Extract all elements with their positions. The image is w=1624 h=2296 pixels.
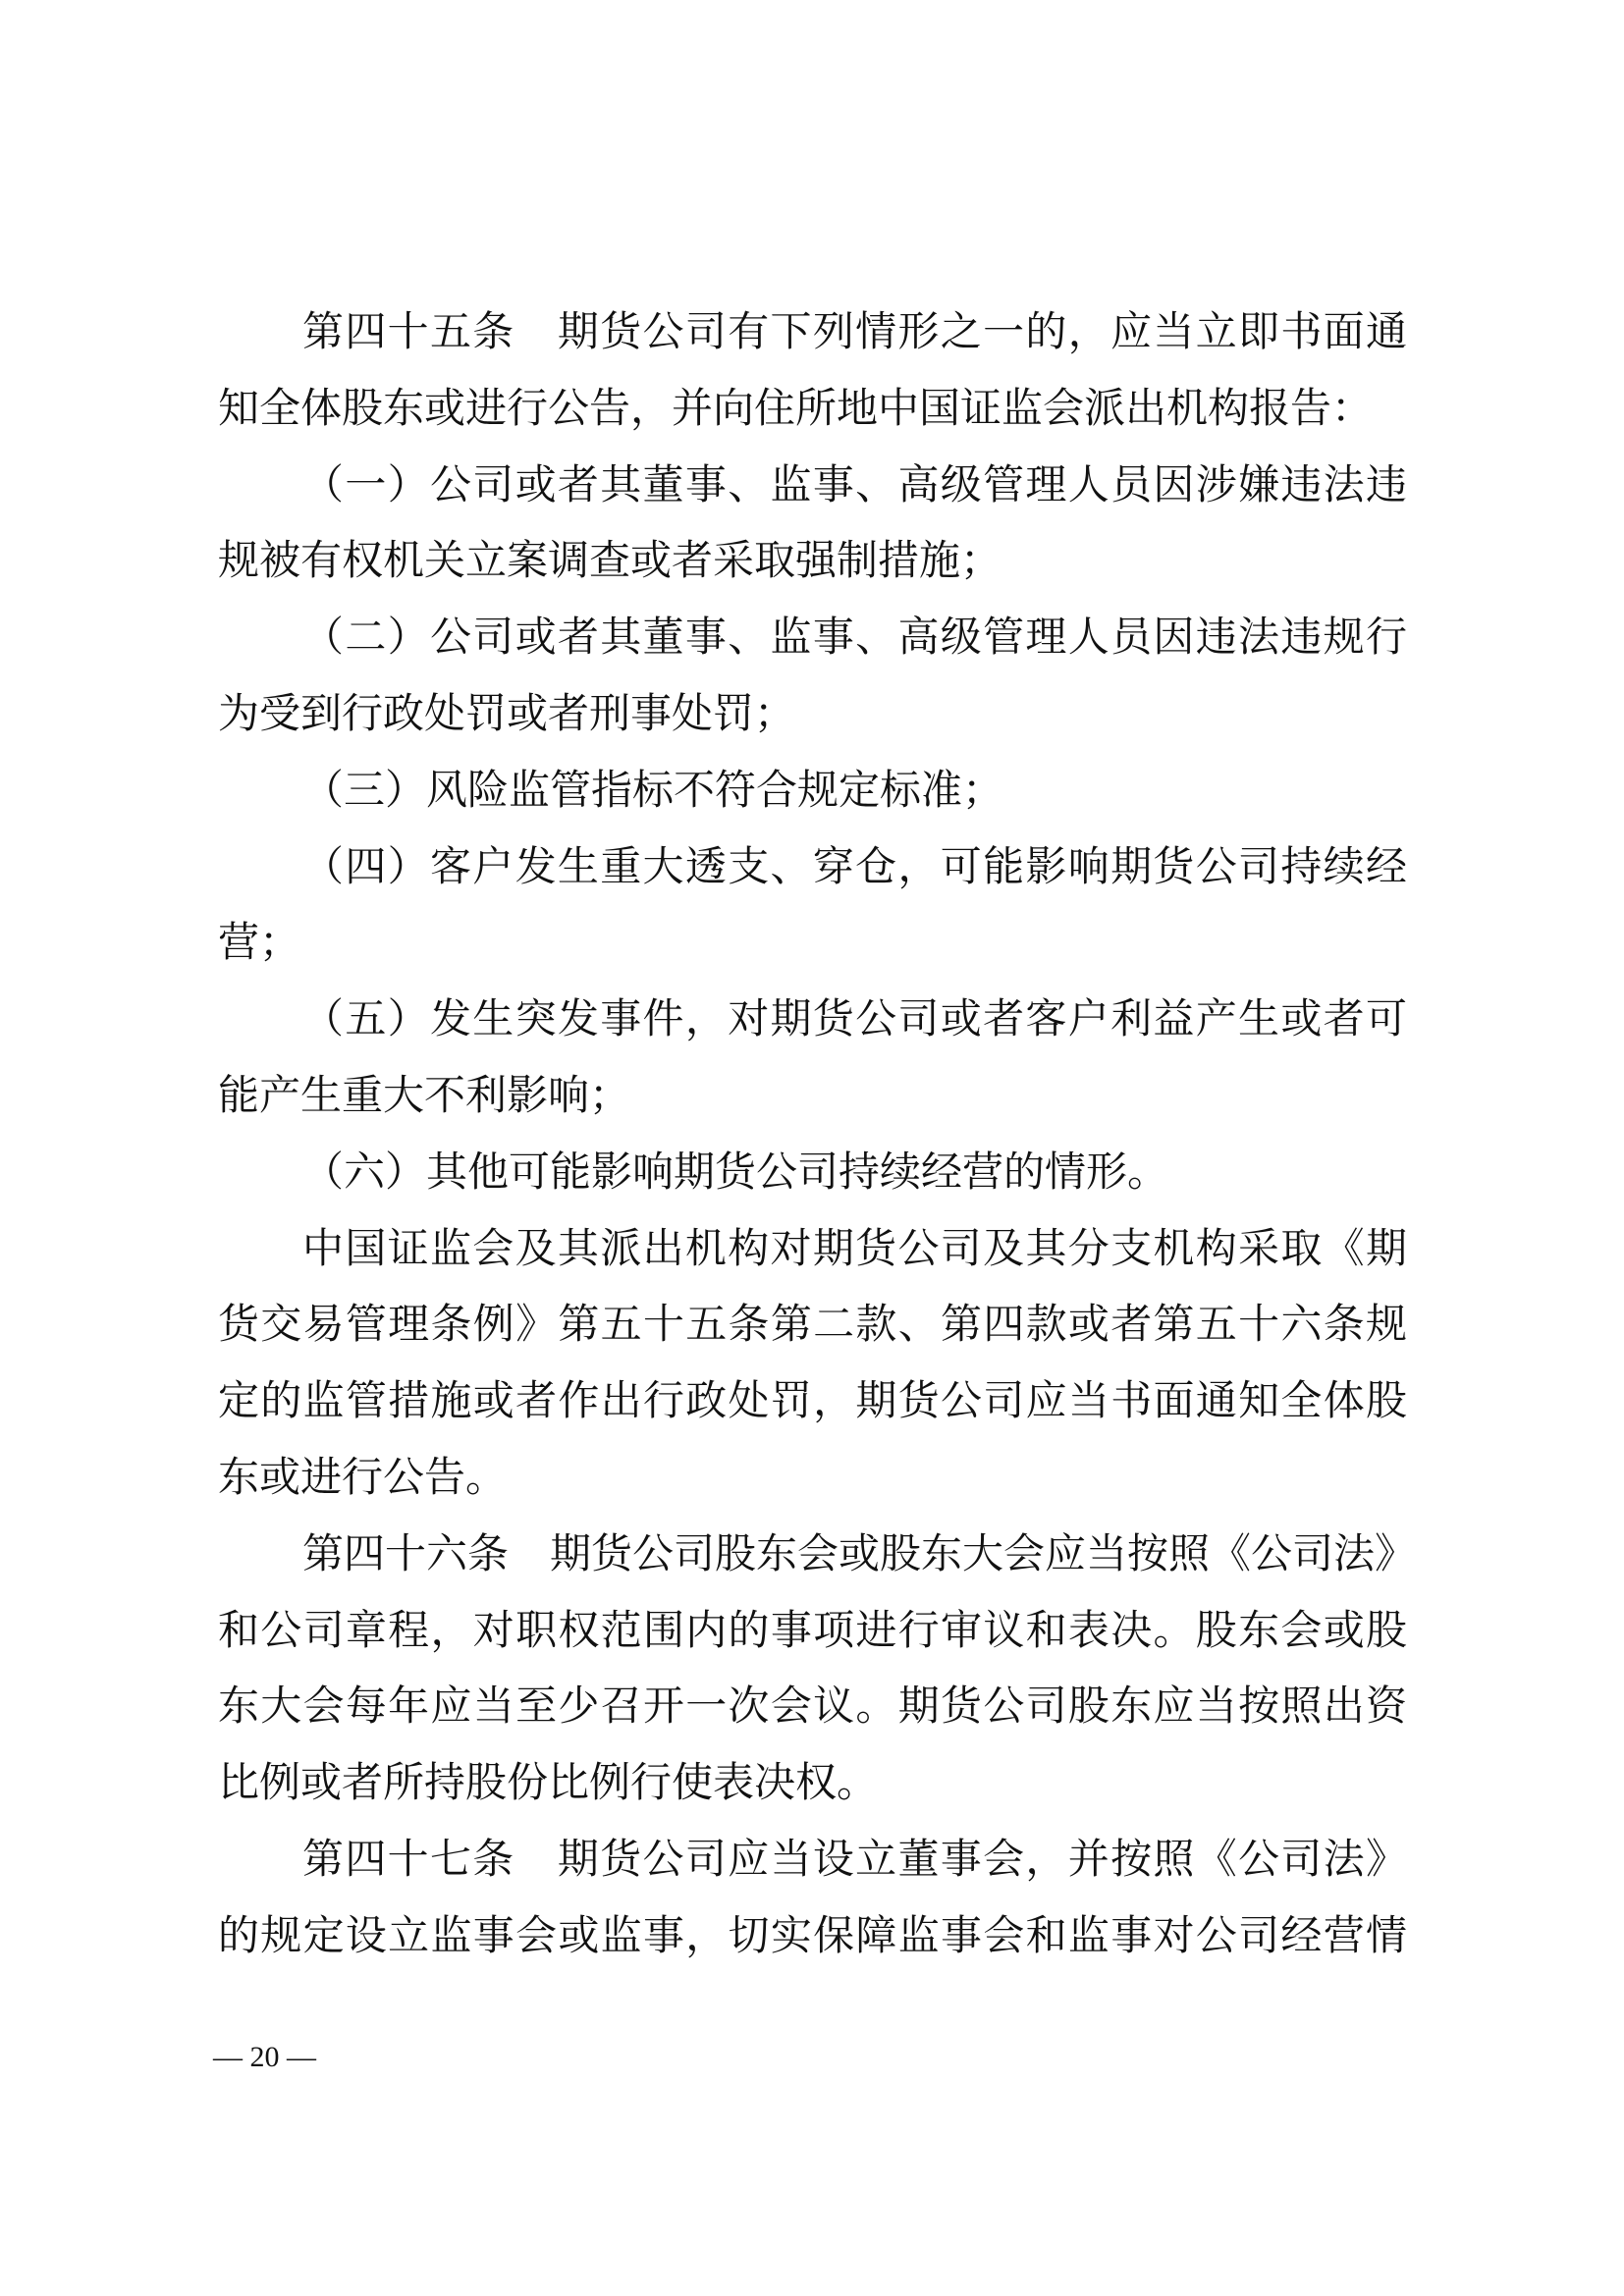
- page-number: — 20 —: [213, 2038, 316, 2077]
- text-line: （三）风险监管指标不符合规定标准；: [302, 752, 1407, 828]
- text-line: （二）公司或者其董事、监事、高级管理人员因违法违规行: [302, 599, 1407, 675]
- text-line: 营；: [218, 904, 1407, 981]
- text-line: 第四十七条 期货公司应当设立董事会，并按照《公司法》: [302, 1821, 1407, 1897]
- text-line: 的规定设立监事会或监事，切实保障监事会和监事对公司经营情: [218, 1897, 1407, 1974]
- text-line: 第四十五条 期货公司有下列情形之一的，应当立即书面通: [302, 294, 1407, 370]
- text-line: 知全体股东或进行公告，并向住所地中国证监会派出机构报告：: [218, 370, 1407, 447]
- text-line: （四）客户发生重大透支、穿仓，可能影响期货公司持续经: [302, 828, 1407, 905]
- text-line: 为受到行政处罚或者刑事处罚；: [218, 675, 1407, 752]
- text-line: 能产生重大不利影响；: [218, 1057, 1407, 1134]
- text-line: 比例或者所持股份比例行使表决权。: [218, 1744, 1407, 1821]
- text-line: 货交易管理条例》第五十五条第二款、第四款或者第五十六条规: [218, 1286, 1407, 1362]
- text-line: 和公司章程，对职权范围内的事项进行审议和表决。股东会或股: [218, 1592, 1407, 1669]
- text-line: 中国证监会及其派出机构对期货公司及其分支机构采取《期: [302, 1210, 1407, 1287]
- text-line: 规被有权机关立案调查或者采取强制措施；: [218, 522, 1407, 599]
- text-line: 东或进行公告。: [218, 1439, 1407, 1516]
- text-line: 东大会每年应当至少召开一次会议。期货公司股东应当按照出资: [218, 1668, 1407, 1744]
- document-page: 第四十五条 期货公司有下列情形之一的，应当立即书面通 知全体股东或进行公告，并向…: [0, 0, 1624, 2296]
- text-line: （六）其他可能影响期货公司持续经营的情形。: [302, 1134, 1407, 1210]
- text-line: 第四十六条 期货公司股东会或股东大会应当按照《公司法》: [302, 1516, 1407, 1592]
- text-line: （五）发生突发事件，对期货公司或者客户利益产生或者可: [302, 981, 1407, 1057]
- text-line: （一）公司或者其董事、监事、高级管理人员因涉嫌违法违: [302, 447, 1407, 523]
- text-line: 定的监管措施或者作出行政处罚，期货公司应当书面通知全体股: [218, 1362, 1407, 1439]
